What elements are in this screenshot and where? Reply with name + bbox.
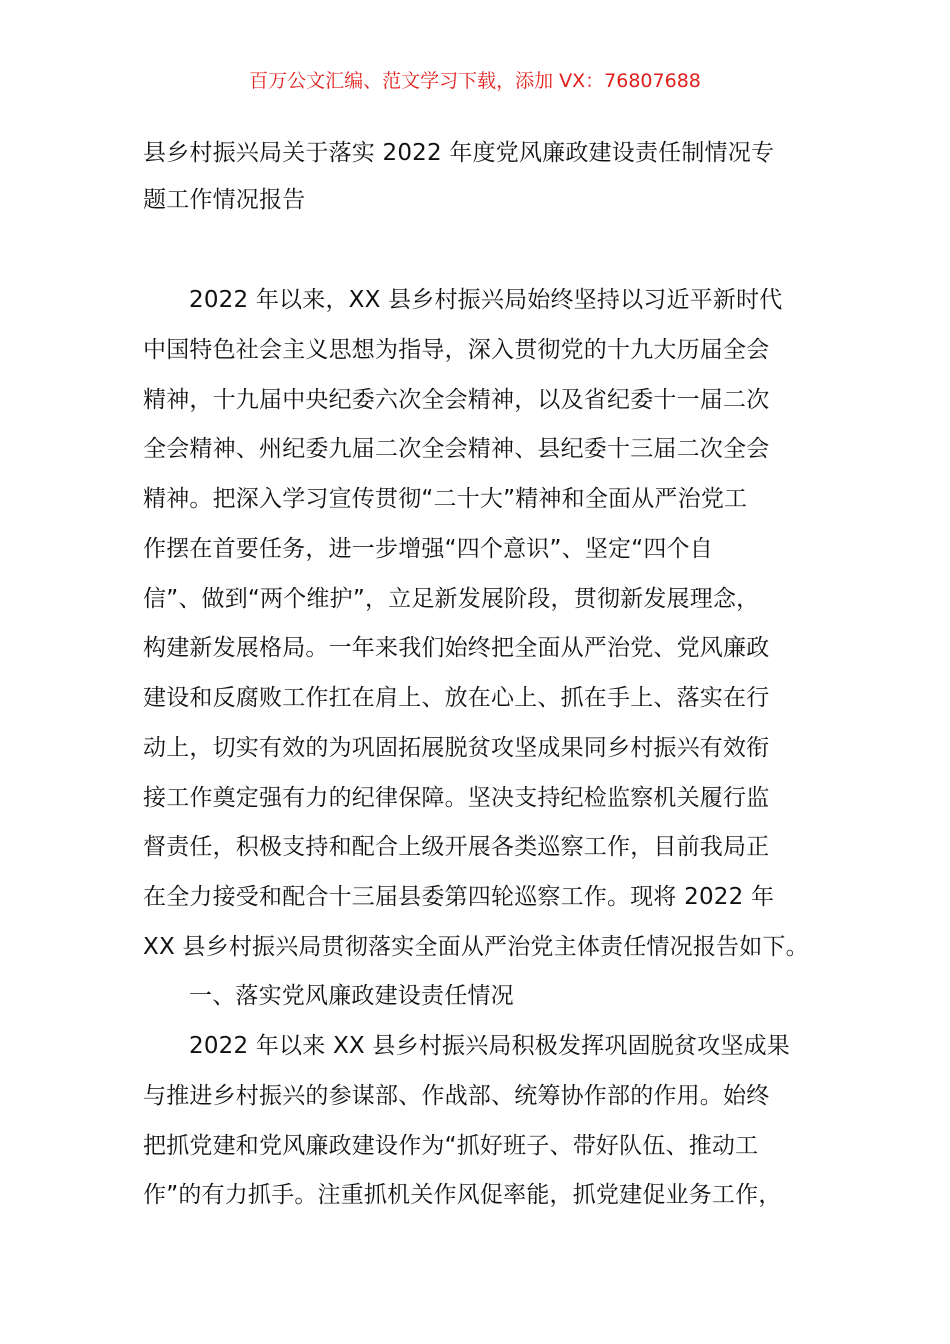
text-line: 精神，十九届中央纪委六次全会精神，以及省纪委十一届二次 (143, 383, 769, 417)
section-heading: 一、落实党风廉政建设责任情况 (189, 979, 514, 1013)
text-line: 督责任，积极支持和配合上级开展各类巡察工作，目前我局正 (143, 830, 769, 864)
text-line: XX 县乡村振兴局贯彻落实全面从严治党主体责任情况报告如下。 (143, 930, 809, 964)
text-line: 与推进乡村振兴的参谋部、作战部、统筹协作部的作用。始终 (143, 1079, 769, 1113)
watermark-banner: 百万公文汇编、范文学习下载，添加 VX：76807688 (0, 66, 950, 96)
text-line: 接工作奠定强有力的纪律保障。坚决支持纪检监察机关履行监 (143, 781, 769, 815)
text-line: 2022 年以来 XX 县乡村振兴局积极发挥巩固脱贫攻坚成果 (189, 1029, 790, 1063)
text-line: 把抓党建和党风廉政建设作为“抓好班子、带好队伍、推动工 (143, 1129, 758, 1163)
text-line: 建设和反腐败工作扛在肩上、放在心上、抓在手上、落实在行 (143, 681, 769, 715)
text-line: 全会精神、州纪委九届二次全会精神、县纪委十三届二次全会 (143, 432, 769, 466)
text-line: 动上，切实有效的为巩固拓展脱贫攻坚成果同乡村振兴有效衔 (143, 731, 769, 765)
text-line: 构建新发展格局。一年来我们始终把全面从严治党、党风廉政 (143, 631, 769, 665)
text-line: 精神。把深入学习宣传贯彻“二十大”精神和全面从严治党工 (143, 482, 747, 516)
text-line: 作摆在首要任务，进一步增强“四个意识”、坚定“四个自 (143, 532, 713, 566)
text-line: 作”的有力抓手。注重抓机关作风促率能，抓党建促业务工作， (143, 1178, 782, 1212)
text-line: 信”、做到“两个维护”，立足新发展阶段，贯彻新发展理念， (143, 582, 759, 616)
text-line: 2022 年以来，XX 县乡村振兴局始终坚持以习近平新时代 (189, 283, 782, 317)
title-line: 县乡村振兴局关于落实 2022 年度党风廉政建设责任制情况专 (143, 136, 774, 170)
text-line: 在全力接受和配合十三届县委第四轮巡察工作。现将 2022 年 (143, 880, 774, 914)
title-line: 题工作情况报告 (143, 183, 305, 217)
text-line: 中国特色社会主义思想为指导，深入贯彻党的十九大历届全会 (143, 333, 769, 367)
